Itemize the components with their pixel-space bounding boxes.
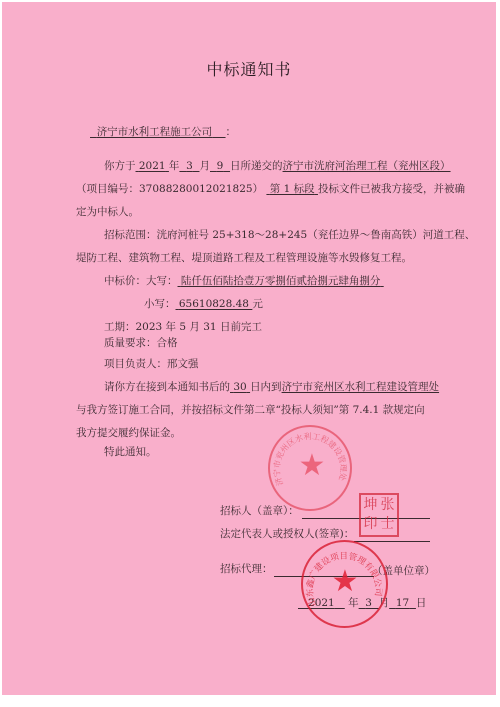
- submit-day: 9: [210, 160, 230, 172]
- document-page: 中标通知书 济宁市水利工程施工公司 ： 你方于 2021 年 3 月 9 日所递…: [2, 2, 496, 695]
- accept-text: 投标文件已被我方接受，并被确: [318, 183, 465, 195]
- day-suffix: 日所递交的: [230, 160, 283, 172]
- instruction-line3: 我方提交履约保证金。: [76, 427, 181, 440]
- price-uppercase-value: 陆仟伍佰陆拾壹万零捌佰贰拾捌元肆角捌分: [181, 275, 381, 287]
- price-lowercase-label: 小写：: [144, 298, 176, 310]
- seal-char: 士: [379, 515, 396, 534]
- seal-char: 张: [379, 496, 396, 515]
- instruction-line2: 与我方签订施工合同，并按招标文件第二章“投标人须知”第 7.4.1 款规定向: [76, 404, 425, 417]
- price-lowercase: 65610828.48: [176, 298, 253, 310]
- instruction-mid: 日内到: [250, 381, 282, 393]
- addressee-line: 济宁市水利工程施工公司 ：: [90, 126, 236, 139]
- instruction-prefix: 请你方在接到本通知书后的: [104, 381, 230, 393]
- duration: 工期：2023 年 5 月 31 日前完工: [104, 321, 262, 334]
- price-uppercase-line: 中标价：大写： 陆仟伍佰陆拾壹万零捌佰贰拾捌元肆角捌分: [104, 275, 384, 288]
- tenderer-label: 招标人（盖章）：: [220, 505, 299, 518]
- price-label: 中标价：大写：: [104, 275, 178, 287]
- submit-day-value: 9: [217, 160, 224, 172]
- agent-label: 招标代理：: [220, 563, 273, 576]
- days-limit: 30: [230, 381, 250, 393]
- days-value: 30: [233, 381, 246, 393]
- tenderer-stamp-star-icon: ★: [295, 451, 329, 481]
- price-lowercase-value: 65610828.48: [179, 298, 249, 310]
- page-title: 中标通知书: [2, 57, 496, 80]
- price-lowercase-line: 小写： 65610828.48 元: [144, 298, 263, 311]
- sign-day: 17: [389, 597, 416, 609]
- submit-year: 2021: [136, 160, 169, 172]
- sign-day-unit: 日: [416, 597, 427, 609]
- contract-place: 济宁市兖州区水利工程建设管理处: [282, 381, 440, 393]
- section-value: 第 1 标段: [270, 183, 315, 195]
- seal-char: 坤: [362, 496, 379, 515]
- addressee-suffix: ：: [226, 126, 237, 138]
- agent-stamp-star-icon: ★: [327, 567, 363, 597]
- para1-line3: 定为中标人。: [76, 206, 139, 219]
- year-unit: 年: [169, 160, 180, 172]
- scope-line2: 堤防工程、建筑物工程、堤顶道路工程及工程管理设施等水毁修复工程。: [76, 252, 412, 265]
- para1-line2: （项目编号：370882800120218​25） 第 1 标段 投标文件已被我…: [76, 183, 465, 196]
- quality: 质量要求：合格: [104, 337, 178, 350]
- scope-line1: 招标范围：洸府河桩号 25+318～28+245（兖任边界～鲁南高铁）河道工程、: [104, 229, 475, 242]
- project-number: （项目编号：370882800120218​25）: [76, 183, 263, 195]
- closing: 特此通知。: [104, 446, 157, 459]
- price-unit: 元: [252, 298, 263, 310]
- price-uppercase: 陆仟伍佰陆拾壹万零捌佰贰拾捌元肆角捌分: [178, 275, 384, 287]
- para1-prefix: 你方于: [104, 160, 136, 172]
- personal-seal: 坤 张 印 士: [359, 493, 399, 537]
- project-name: 济宁市洸府河治理工程（兖州区段）: [283, 160, 451, 172]
- month-unit: 月: [199, 160, 210, 172]
- submit-month-value: 3: [186, 160, 193, 172]
- representative-label: 法定代表人或授权人(签章)：: [220, 528, 354, 541]
- seal-char: 印: [362, 515, 379, 534]
- project-manager: 项目负责人：邢文强: [104, 358, 199, 371]
- addressee-name: 济宁市水利工程施工公司: [97, 126, 213, 138]
- section-number: 第 1 标段: [266, 183, 318, 195]
- sign-day-value: 17: [396, 597, 409, 609]
- submit-year-value: 2021: [139, 160, 166, 172]
- para1-line1: 你方于 2021 年 3 月 9 日所递交的济宁市洸府河治理工程（兖州区段）: [104, 160, 451, 173]
- addressee: 济宁市水利工程施工公司: [90, 126, 226, 138]
- submit-month: 3: [179, 160, 199, 172]
- instruction-line1: 请你方在接到本通知书后的 30 日内到济宁市兖州区水利工程建设管理处: [104, 381, 439, 394]
